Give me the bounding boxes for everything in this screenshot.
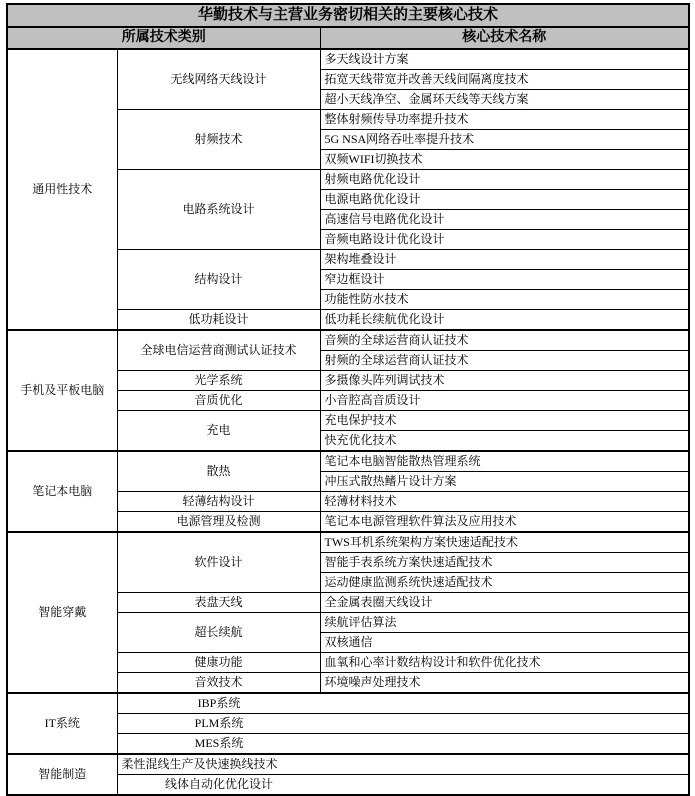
table-row: 智能制造 柔性混线生产及快速换线技术 [7, 754, 689, 775]
tech-item-cell: 冲压式散热鳍片设计方案 [320, 472, 689, 492]
tech-item-cell: 环境噪声处理技术 [320, 673, 689, 694]
tech-item-cell: 多天线设计方案 [320, 49, 689, 70]
tech-item-cell: 快充优化技术 [320, 431, 689, 452]
title-row: 华勤技术与主营业务密切相关的主要核心技术 [7, 4, 689, 27]
table-row: 通用性技术 无线网络天线设计 多天线设计方案 [7, 49, 689, 70]
tech-item-cell: 双核通信 [320, 633, 689, 653]
tech-item-cell: 线体自动化优化设计 [117, 775, 689, 796]
subcategory-cell: 健康功能 [117, 653, 320, 673]
tech-item-text: PLM系统 [118, 717, 321, 730]
subcategory-cell: 结构设计 [117, 250, 320, 310]
tech-item-cell: 射频电路优化设计 [320, 170, 689, 190]
header-category: 所属技术类别 [7, 27, 320, 49]
tech-item-cell: 多摄像头阵列调试技术 [320, 371, 689, 391]
tech-item-cell: 超小天线净空、金属环天线等天线方案 [320, 90, 689, 110]
tech-item-cell: 音频的全球运营商认证技术 [320, 330, 689, 351]
tech-item-cell: 拓宽天线带宽并改善天线间隔离度技术 [320, 70, 689, 90]
tech-item-cell: 低功耗长续航优化设计 [320, 310, 689, 331]
tech-item-cell: 智能手表系统方案快速适配技术 [320, 553, 689, 573]
subcategory-cell: 音效技术 [117, 673, 320, 694]
table-title: 华勤技术与主营业务密切相关的主要核心技术 [7, 4, 689, 27]
subcategory-cell: 充电 [117, 411, 320, 452]
category-cell: 手机及平板电脑 [7, 330, 117, 451]
subcategory-cell: 音质优化 [117, 391, 320, 411]
category-cell: IT系统 [7, 693, 117, 754]
tech-item-cell: PLM系统 [117, 714, 689, 734]
tech-item-text: IBP系统 [118, 697, 321, 710]
core-tech-table-page: 华勤技术与主营业务密切相关的主要核心技术 所属技术类别 核心技术名称 通用性技术… [0, 0, 695, 796]
table-row: 手机及平板电脑 全球电信运营商测试认证技术 音频的全球运营商认证技术 [7, 330, 689, 351]
tech-item-cell: 窄边框设计 [320, 270, 689, 290]
header-tech-name: 核心技术名称 [320, 27, 689, 49]
tech-item-cell: 高速信号电路优化设计 [320, 210, 689, 230]
tech-item-cell: 运动健康监测系统快速适配技术 [320, 573, 689, 593]
tech-item-text: MES系统 [118, 737, 321, 750]
tech-item-cell: TWS耳机系统架构方案快速适配技术 [320, 532, 689, 553]
subcategory-cell: 软件设计 [117, 532, 320, 593]
tech-item-cell: IBP系统 [117, 693, 689, 714]
tech-item-cell: 射频的全球运营商认证技术 [320, 351, 689, 371]
tech-item-cell: 双频WIFI切换技术 [320, 150, 689, 170]
tech-item-cell: 小音腔高音质设计 [320, 391, 689, 411]
subcategory-cell: 轻薄结构设计 [117, 492, 320, 512]
subcategory-cell: 电路系统设计 [117, 170, 320, 250]
tech-item-cell: MES系统 [117, 734, 689, 755]
category-cell: 智能制造 [7, 754, 117, 795]
tech-item-cell: 音频电路设计优化设计 [320, 230, 689, 250]
tech-item-cell: 笔记本电源管理软件算法及应用技术 [320, 512, 689, 533]
tech-item-cell: 续航评估算法 [320, 613, 689, 633]
tech-item-cell: 整体射频传导功率提升技术 [320, 110, 689, 130]
subcategory-cell: 电源管理及检测 [117, 512, 320, 533]
tech-item-cell: 全金属表圈天线设计 [320, 593, 689, 613]
subcategory-cell: 光学系统 [117, 371, 320, 391]
table-row: 笔记本电脑 散热 笔记本电脑智能散热管理系统 [7, 451, 689, 472]
subcategory-cell: 超长续航 [117, 613, 320, 653]
tech-item-text: 线体自动化优化设计 [118, 778, 321, 791]
category-cell: 通用性技术 [7, 49, 117, 330]
tech-item-cell: 柔性混线生产及快速换线技术 [117, 754, 689, 775]
tech-item-cell: 电源电路优化设计 [320, 190, 689, 210]
tech-item-text: 柔性混线生产及快速换线技术 [118, 758, 689, 771]
category-cell: 智能穿戴 [7, 532, 117, 693]
table-row: 智能穿戴 软件设计 TWS耳机系统架构方案快速适配技术 [7, 532, 689, 553]
tech-item-cell: 架构堆叠设计 [320, 250, 689, 270]
tech-item-cell: 5G NSA网络吞吐率提升技术 [320, 130, 689, 150]
core-tech-table: 华勤技术与主营业务密切相关的主要核心技术 所属技术类别 核心技术名称 通用性技术… [6, 3, 690, 796]
subcategory-cell: 全球电信运营商测试认证技术 [117, 330, 320, 371]
tech-item-cell: 血氧和心率计数结构设计和软件优化技术 [320, 653, 689, 673]
subcategory-cell: 无线网络天线设计 [117, 49, 320, 110]
subcategory-cell: 射频技术 [117, 110, 320, 170]
category-cell: 笔记本电脑 [7, 451, 117, 532]
tech-item-cell: 功能性防水技术 [320, 290, 689, 310]
tech-item-cell: 笔记本电脑智能散热管理系统 [320, 451, 689, 472]
tech-item-cell: 轻薄材料技术 [320, 492, 689, 512]
subcategory-cell: 表盘天线 [117, 593, 320, 613]
tech-item-cell: 充电保护技术 [320, 411, 689, 431]
subcategory-cell: 散热 [117, 451, 320, 492]
subcategory-cell: 低功耗设计 [117, 310, 320, 331]
header-row: 所属技术类别 核心技术名称 [7, 27, 689, 49]
table-row: IT系统 IBP系统 [7, 693, 689, 714]
